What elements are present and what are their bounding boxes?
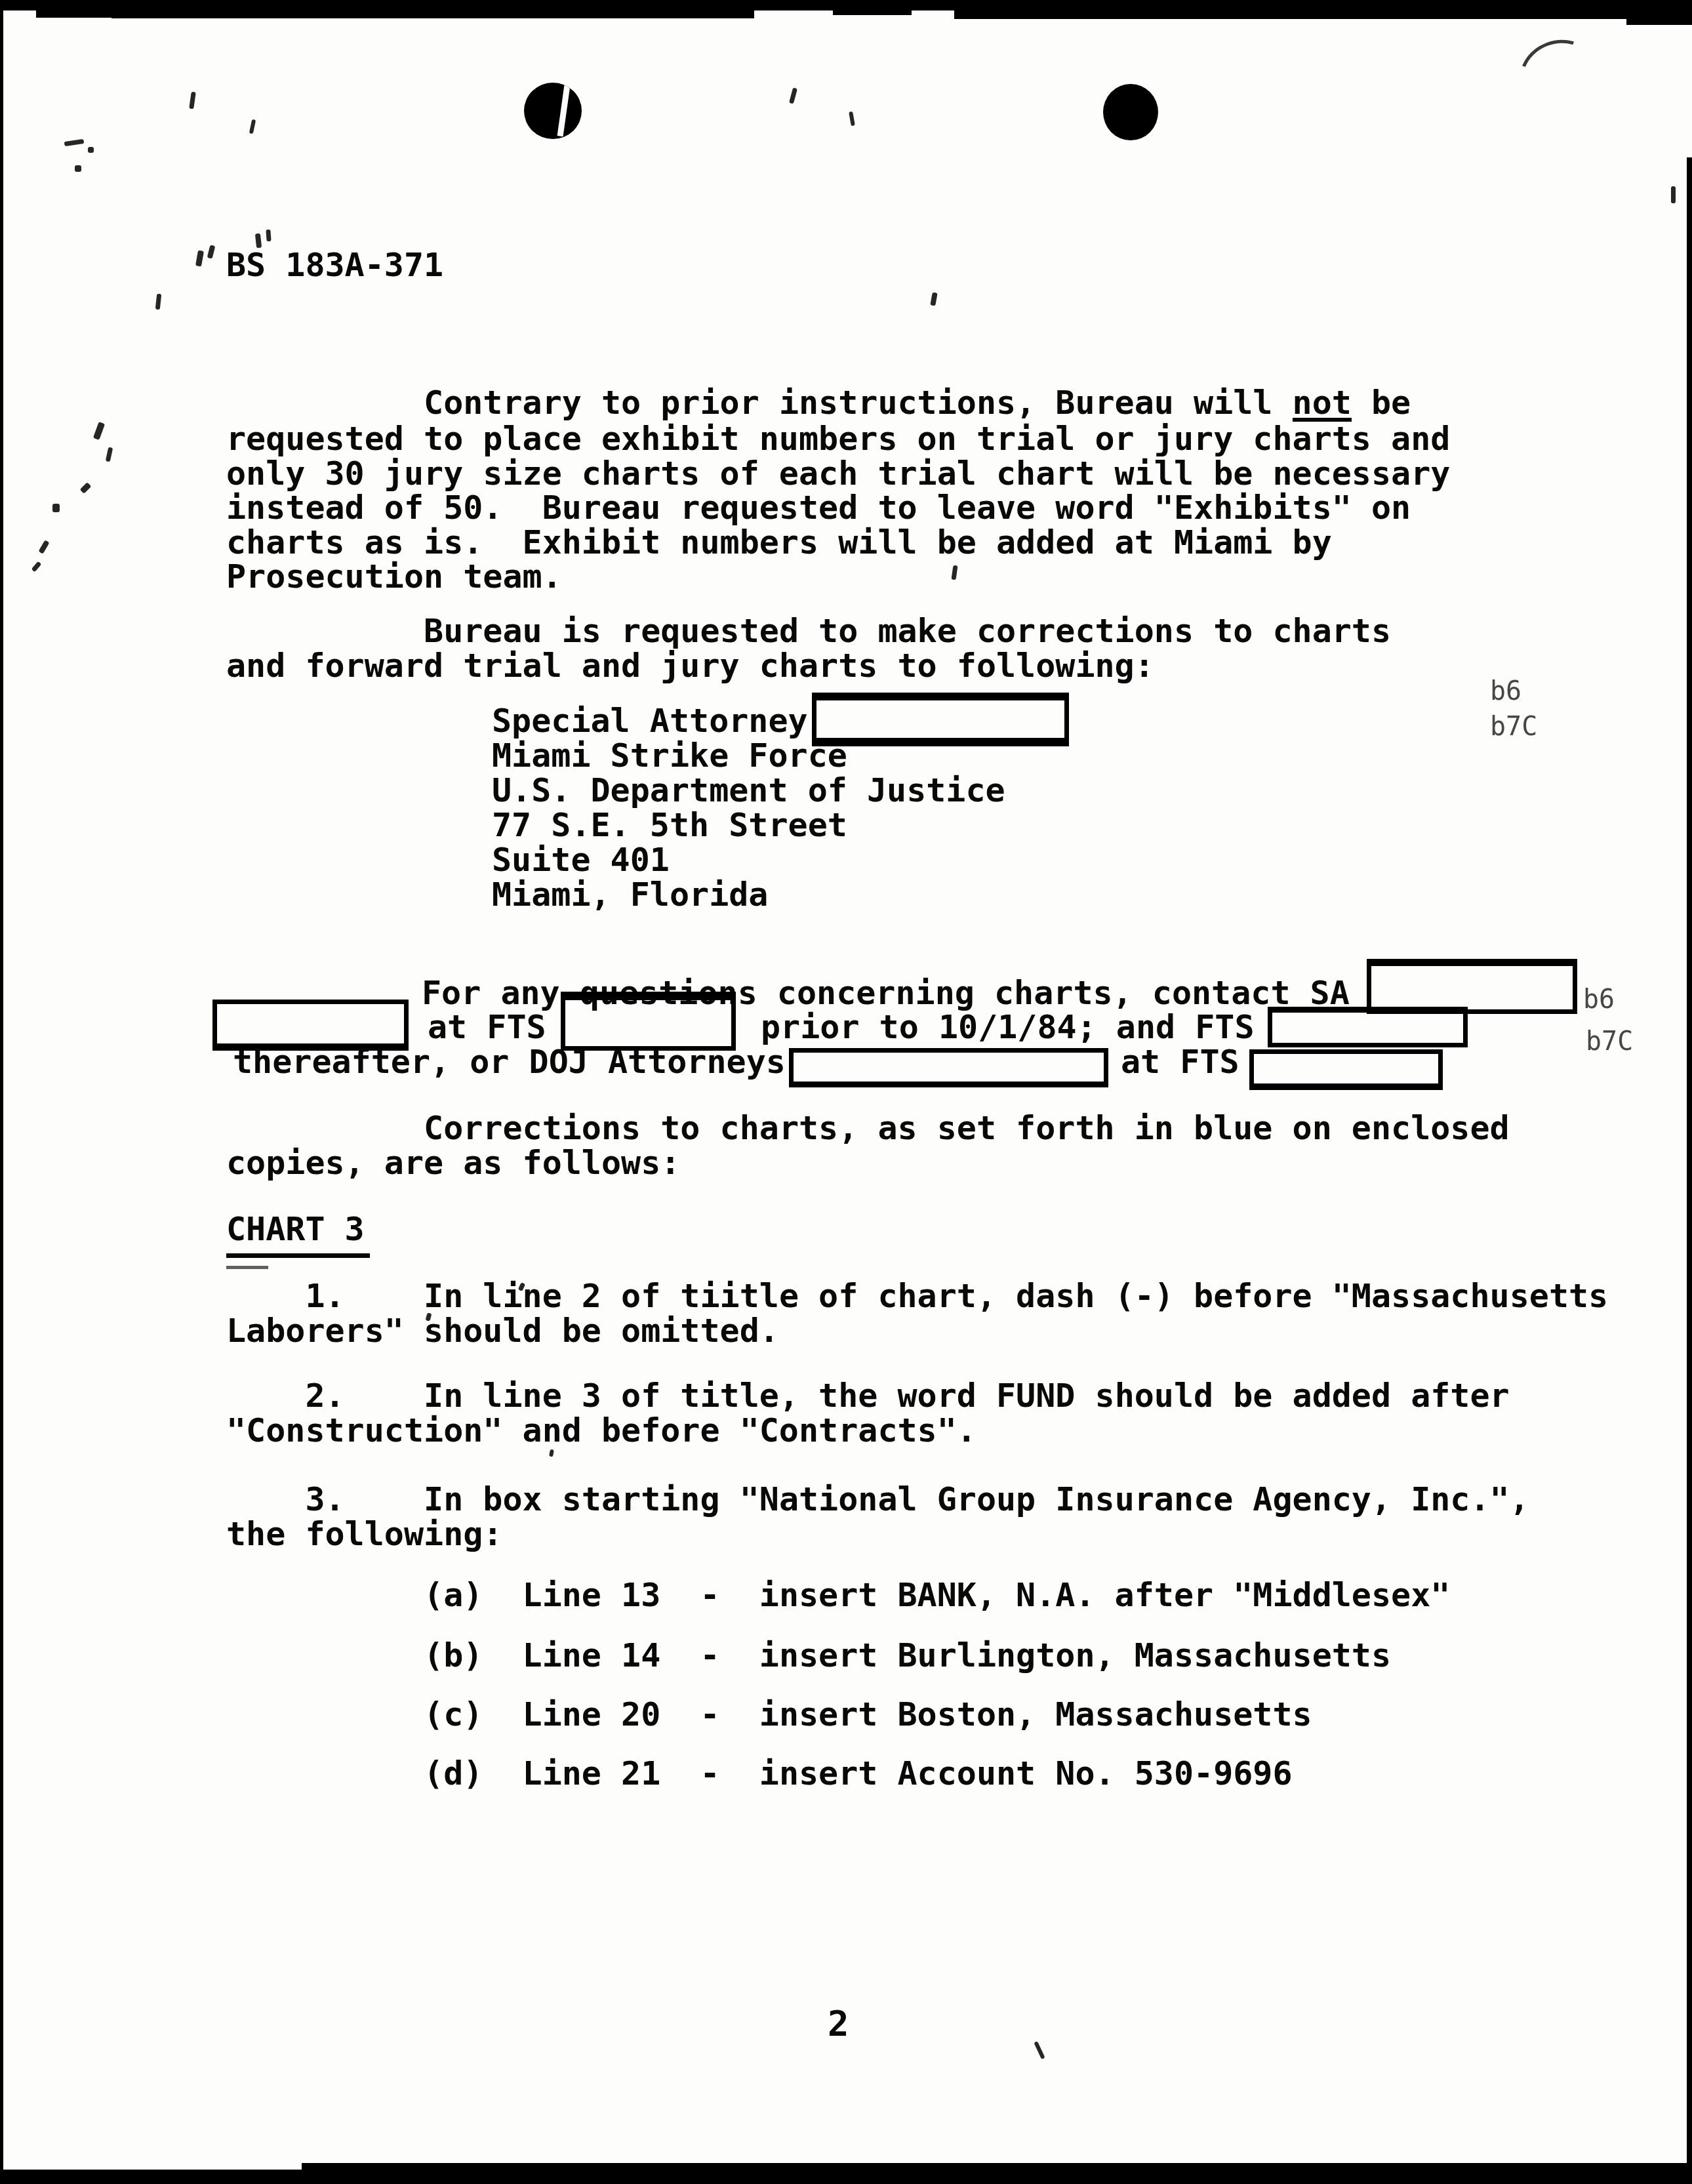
scan-speck xyxy=(39,540,50,554)
scan-speck xyxy=(249,119,256,134)
scan-speck xyxy=(80,482,92,494)
scan-speck xyxy=(195,250,204,266)
redaction-marker-b6-2: b6 xyxy=(1583,985,1615,1014)
scan-top-edge-bar xyxy=(0,0,1692,10)
recipient-address-line1: Special Attorney xyxy=(492,704,808,738)
redaction-marker-b7c-1: b7C xyxy=(1490,712,1537,741)
scan-top-edge-bar-segment xyxy=(954,10,1692,19)
scan-top-edge-bar-segment xyxy=(833,10,912,15)
scan-speck xyxy=(549,1449,554,1457)
hole-punch-mark-right xyxy=(1103,84,1158,140)
contact-fragment-4: thereafter, or DOJ Attorneys xyxy=(233,1045,786,1080)
correction-item-2: 2. In line 3 of title, the word FUND sho… xyxy=(226,1379,1656,1447)
correction-subitem-b: (b) Line 14 - insert Burlington, Massach… xyxy=(226,1638,1391,1673)
scan-speck xyxy=(789,88,797,104)
contact-fragment-5: at FTS xyxy=(1121,1045,1239,1080)
contact-fragment-3: prior to 10/1/84; and FTS xyxy=(761,1010,1255,1045)
scan-speck xyxy=(1034,2041,1045,2059)
paragraph-instructions: Contrary to prior instructions, Bureau w… xyxy=(226,386,1512,594)
scan-speck xyxy=(155,294,161,310)
scan-speck xyxy=(75,165,81,172)
scan-speck xyxy=(207,245,216,258)
scan-bottom-edge-bar-segment xyxy=(302,2163,1692,2171)
scan-speck xyxy=(189,92,196,110)
paragraph-instructions-pre: Contrary to prior instructions, Bureau w… xyxy=(226,384,1293,422)
scan-speck xyxy=(106,447,113,462)
hole-punch-mark-left xyxy=(524,83,582,139)
scan-pen-arc-mark xyxy=(1508,28,1609,124)
correction-item-3: 3. In box starting "National Group Insur… xyxy=(226,1482,1656,1551)
scan-top-edge-bar-segment xyxy=(111,10,754,18)
scan-speck xyxy=(1671,186,1676,203)
underlined-word-not: not xyxy=(1293,388,1352,422)
recipient-address-rest: Miami Strike Force U.S. Department of Ju… xyxy=(492,738,1005,912)
scanned-document-page: BS 183A-371 Contrary to prior instructio… xyxy=(0,0,1692,2184)
redaction-box-sa-name xyxy=(1367,959,1577,1014)
page-number: 2 xyxy=(828,2007,849,2042)
scan-speck xyxy=(849,111,855,127)
contact-fragment-2: at FTS xyxy=(428,1010,546,1045)
scan-left-edge-line xyxy=(0,0,3,2184)
scan-bottom-edge-bar xyxy=(0,2170,1692,2184)
redaction-box-fts-number-3 xyxy=(1249,1049,1443,1090)
scan-top-right-corner-blotch xyxy=(1626,0,1692,25)
correction-subitem-a: (a) Line 13 - insert BANK, N.A. after "M… xyxy=(226,1578,1450,1613)
scan-right-edge-line xyxy=(1687,157,1692,2184)
chart-heading-text: CHART 3 xyxy=(226,1212,370,1258)
hole-punch-slit xyxy=(557,85,571,136)
scan-speck xyxy=(88,147,94,153)
scan-top-left-blotch xyxy=(36,10,111,18)
scan-speck xyxy=(64,139,85,146)
chart-heading: CHART 3 xyxy=(226,1212,370,1258)
correction-subitem-c: (c) Line 20 - insert Boston, Massachuset… xyxy=(226,1697,1312,1732)
paragraph-corrections-request: Bureau is requested to make corrections … xyxy=(226,614,1512,683)
redaction-box-doj-attorneys xyxy=(789,1048,1108,1087)
redaction-marker-b7c-2: b7C xyxy=(1586,1027,1633,1056)
scan-speck xyxy=(930,292,937,306)
paragraph-corrections-intro: Corrections to charts, as set forth in b… xyxy=(226,1111,1603,1180)
scan-speck xyxy=(266,230,271,241)
scan-speck xyxy=(93,422,105,440)
redaction-marker-b6-1: b6 xyxy=(1490,677,1521,706)
redaction-box-fts-number-2 xyxy=(1268,1007,1468,1047)
scan-speck xyxy=(52,504,60,512)
chart-heading-underline-echo xyxy=(226,1266,268,1269)
redaction-box-fts-number-1 xyxy=(561,992,736,1051)
correction-subitem-d: (d) Line 21 - insert Account No. 530-969… xyxy=(226,1756,1293,1791)
case-number: BS 183A-371 xyxy=(226,248,443,283)
scan-speck xyxy=(31,561,42,573)
correction-item-1: 1. In line 2 of tiitle of chart, dash (-… xyxy=(226,1279,1656,1348)
